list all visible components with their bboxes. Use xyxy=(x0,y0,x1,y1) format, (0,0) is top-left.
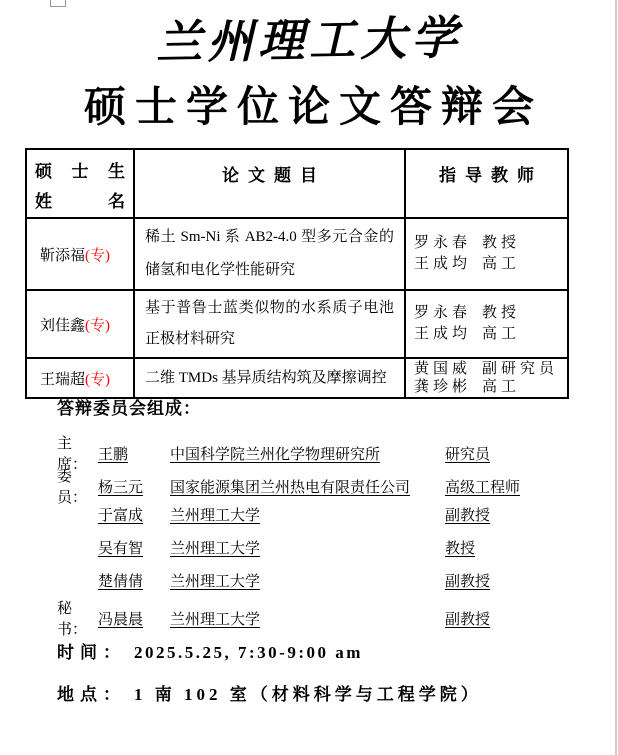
member-title: 研究员 xyxy=(445,443,597,464)
table-header-row: 硕士生 姓名 论文题目 指导教师 xyxy=(26,149,568,218)
committee-heading: 答辩委员会组成： xyxy=(57,394,201,419)
member-title: 高级工程师 xyxy=(445,476,597,497)
member-role: 秘书： xyxy=(57,597,98,639)
table-row: 靳添福(专) 稀土 Sm-Ni 系 AB2-4.0 型多元合金的储氢和电化学性能… xyxy=(26,218,568,290)
student-tag: (专) xyxy=(85,372,110,388)
advisor-cell: 罗永春教授 王成均高工 xyxy=(405,218,568,290)
advisor-title: 教授 xyxy=(482,305,520,321)
member-affiliation: 国家能源集团兰州热电有限责任公司 xyxy=(170,476,445,497)
location-line: 地点：1 南 102 室（材料科学与工程学院） xyxy=(57,680,482,705)
advisor-line: 龚珍彬高工 xyxy=(414,378,566,396)
member-name: 冯晨晨 xyxy=(98,608,170,629)
committee-row: 主席： 王鹏 中国科学院兰州化学物理研究所 研究员 xyxy=(57,432,597,465)
advisor-name: 罗永春 xyxy=(414,235,471,251)
header-student-line2: 姓名 xyxy=(35,187,125,217)
member-name: 于富成 xyxy=(98,504,170,525)
advisor-line: 王成均高工 xyxy=(414,324,566,345)
format-anchor-mark xyxy=(50,0,66,7)
header-student-line1: 硕士生 xyxy=(35,157,125,187)
advisor-line: 罗永春教授 xyxy=(414,303,566,324)
member-title: 副教授 xyxy=(445,504,597,525)
member-title: 教授 xyxy=(445,537,597,558)
member-affiliation: 中国科学院兰州化学物理研究所 xyxy=(170,443,445,464)
advisor-line: 罗永春教授 xyxy=(414,233,566,254)
member-title: 副教授 xyxy=(445,570,597,591)
defense-table: 硕士生 姓名 论文题目 指导教师 靳添福(专) 稀土 Sm-Ni 系 AB2-4… xyxy=(25,148,569,399)
member-title: 副教授 xyxy=(445,608,597,629)
advisor-name: 罗永春 xyxy=(414,305,471,321)
student-tag: (专) xyxy=(85,318,110,334)
student-name-cell: 靳添福(专) xyxy=(26,218,134,290)
header-advisor: 指导教师 xyxy=(405,149,568,218)
thesis-title: 基于普鲁士蓝类似物的水系质子电池正极材料研究 xyxy=(134,290,405,358)
student-name: 靳添福 xyxy=(40,248,85,264)
header-student-name: 硕士生 姓名 xyxy=(26,149,134,218)
committee-list: 主席： 王鹏 中国科学院兰州化学物理研究所 研究员 委员： 杨三元 国家能源集团… xyxy=(57,432,597,630)
table-row: 王瑞超(专) 二维 TMDs 基异质结构筑及摩擦调控 黄国威副研究员 龚珍彬高工 xyxy=(26,358,568,398)
member-affiliation: 兰州理工大学 xyxy=(170,570,445,591)
location-value: 1 南 102 室（材料科学与工程学院） xyxy=(134,685,482,704)
member-name: 王鹏 xyxy=(98,443,170,464)
student-name: 刘佳鑫 xyxy=(40,318,85,334)
member-affiliation: 兰州理工大学 xyxy=(170,608,445,629)
advisor-cell: 罗永春教授 王成均高工 xyxy=(405,290,568,358)
header-thesis-title: 论文题目 xyxy=(134,149,405,218)
advisor-title: 高工 xyxy=(482,379,520,395)
member-name: 楚倩倩 xyxy=(98,570,170,591)
time-label: 时间： xyxy=(57,643,126,662)
thesis-title: 稀土 Sm-Ni 系 AB2-4.0 型多元合金的储氢和电化学性能研究 xyxy=(134,218,405,290)
committee-row: 委员： 杨三元 国家能源集团兰州热电有限责任公司 高级工程师 xyxy=(57,465,597,498)
advisor-line: 黄国威副研究员 xyxy=(414,360,566,378)
advisor-title: 高工 xyxy=(482,256,520,272)
student-name-cell: 王瑞超(专) xyxy=(26,358,134,398)
time-line: 时间：2025.5.25, 7:30-9:00 am xyxy=(57,638,363,663)
advisor-cell: 黄国威副研究员 龚珍彬高工 xyxy=(405,358,568,398)
member-name: 杨三元 xyxy=(98,476,170,497)
university-logo: 兰州理工大学 xyxy=(0,0,618,75)
time-value: 2025.5.25, 7:30-9:00 am xyxy=(134,643,363,662)
table-row: 刘佳鑫(专) 基于普鲁士蓝类似物的水系质子电池正极材料研究 罗永春教授 王成均高… xyxy=(26,290,568,358)
advisor-name: 王成均 xyxy=(414,326,471,342)
committee-row: 吴有智 兰州理工大学 教授 xyxy=(57,531,597,564)
page-title: 硕士学位论文答辩会 xyxy=(0,74,618,134)
member-affiliation: 兰州理工大学 xyxy=(170,537,445,558)
member-role: 委员： xyxy=(57,465,98,507)
advisor-title: 副研究员 xyxy=(482,361,558,377)
committee-row: 于富成 兰州理工大学 副教授 xyxy=(57,498,597,531)
advisor-line: 王成均高工 xyxy=(414,254,566,275)
advisor-name: 王成均 xyxy=(414,256,471,272)
committee-row: 楚倩倩 兰州理工大学 副教授 xyxy=(57,564,597,597)
advisor-title: 高工 xyxy=(482,326,520,342)
location-label: 地点： xyxy=(57,685,126,704)
member-affiliation: 兰州理工大学 xyxy=(170,504,445,525)
member-name: 吴有智 xyxy=(98,537,170,558)
student-tag: (专) xyxy=(85,248,110,264)
committee-row: 秘书： 冯晨晨 兰州理工大学 副教授 xyxy=(57,597,597,630)
advisor-name: 黄国威 xyxy=(414,361,471,377)
student-name-cell: 刘佳鑫(专) xyxy=(26,290,134,358)
advisor-title: 教授 xyxy=(482,235,520,251)
thesis-title: 二维 TMDs 基异质结构筑及摩擦调控 xyxy=(134,358,405,398)
student-name: 王瑞超 xyxy=(40,372,85,388)
advisor-name: 龚珍彬 xyxy=(414,379,471,395)
